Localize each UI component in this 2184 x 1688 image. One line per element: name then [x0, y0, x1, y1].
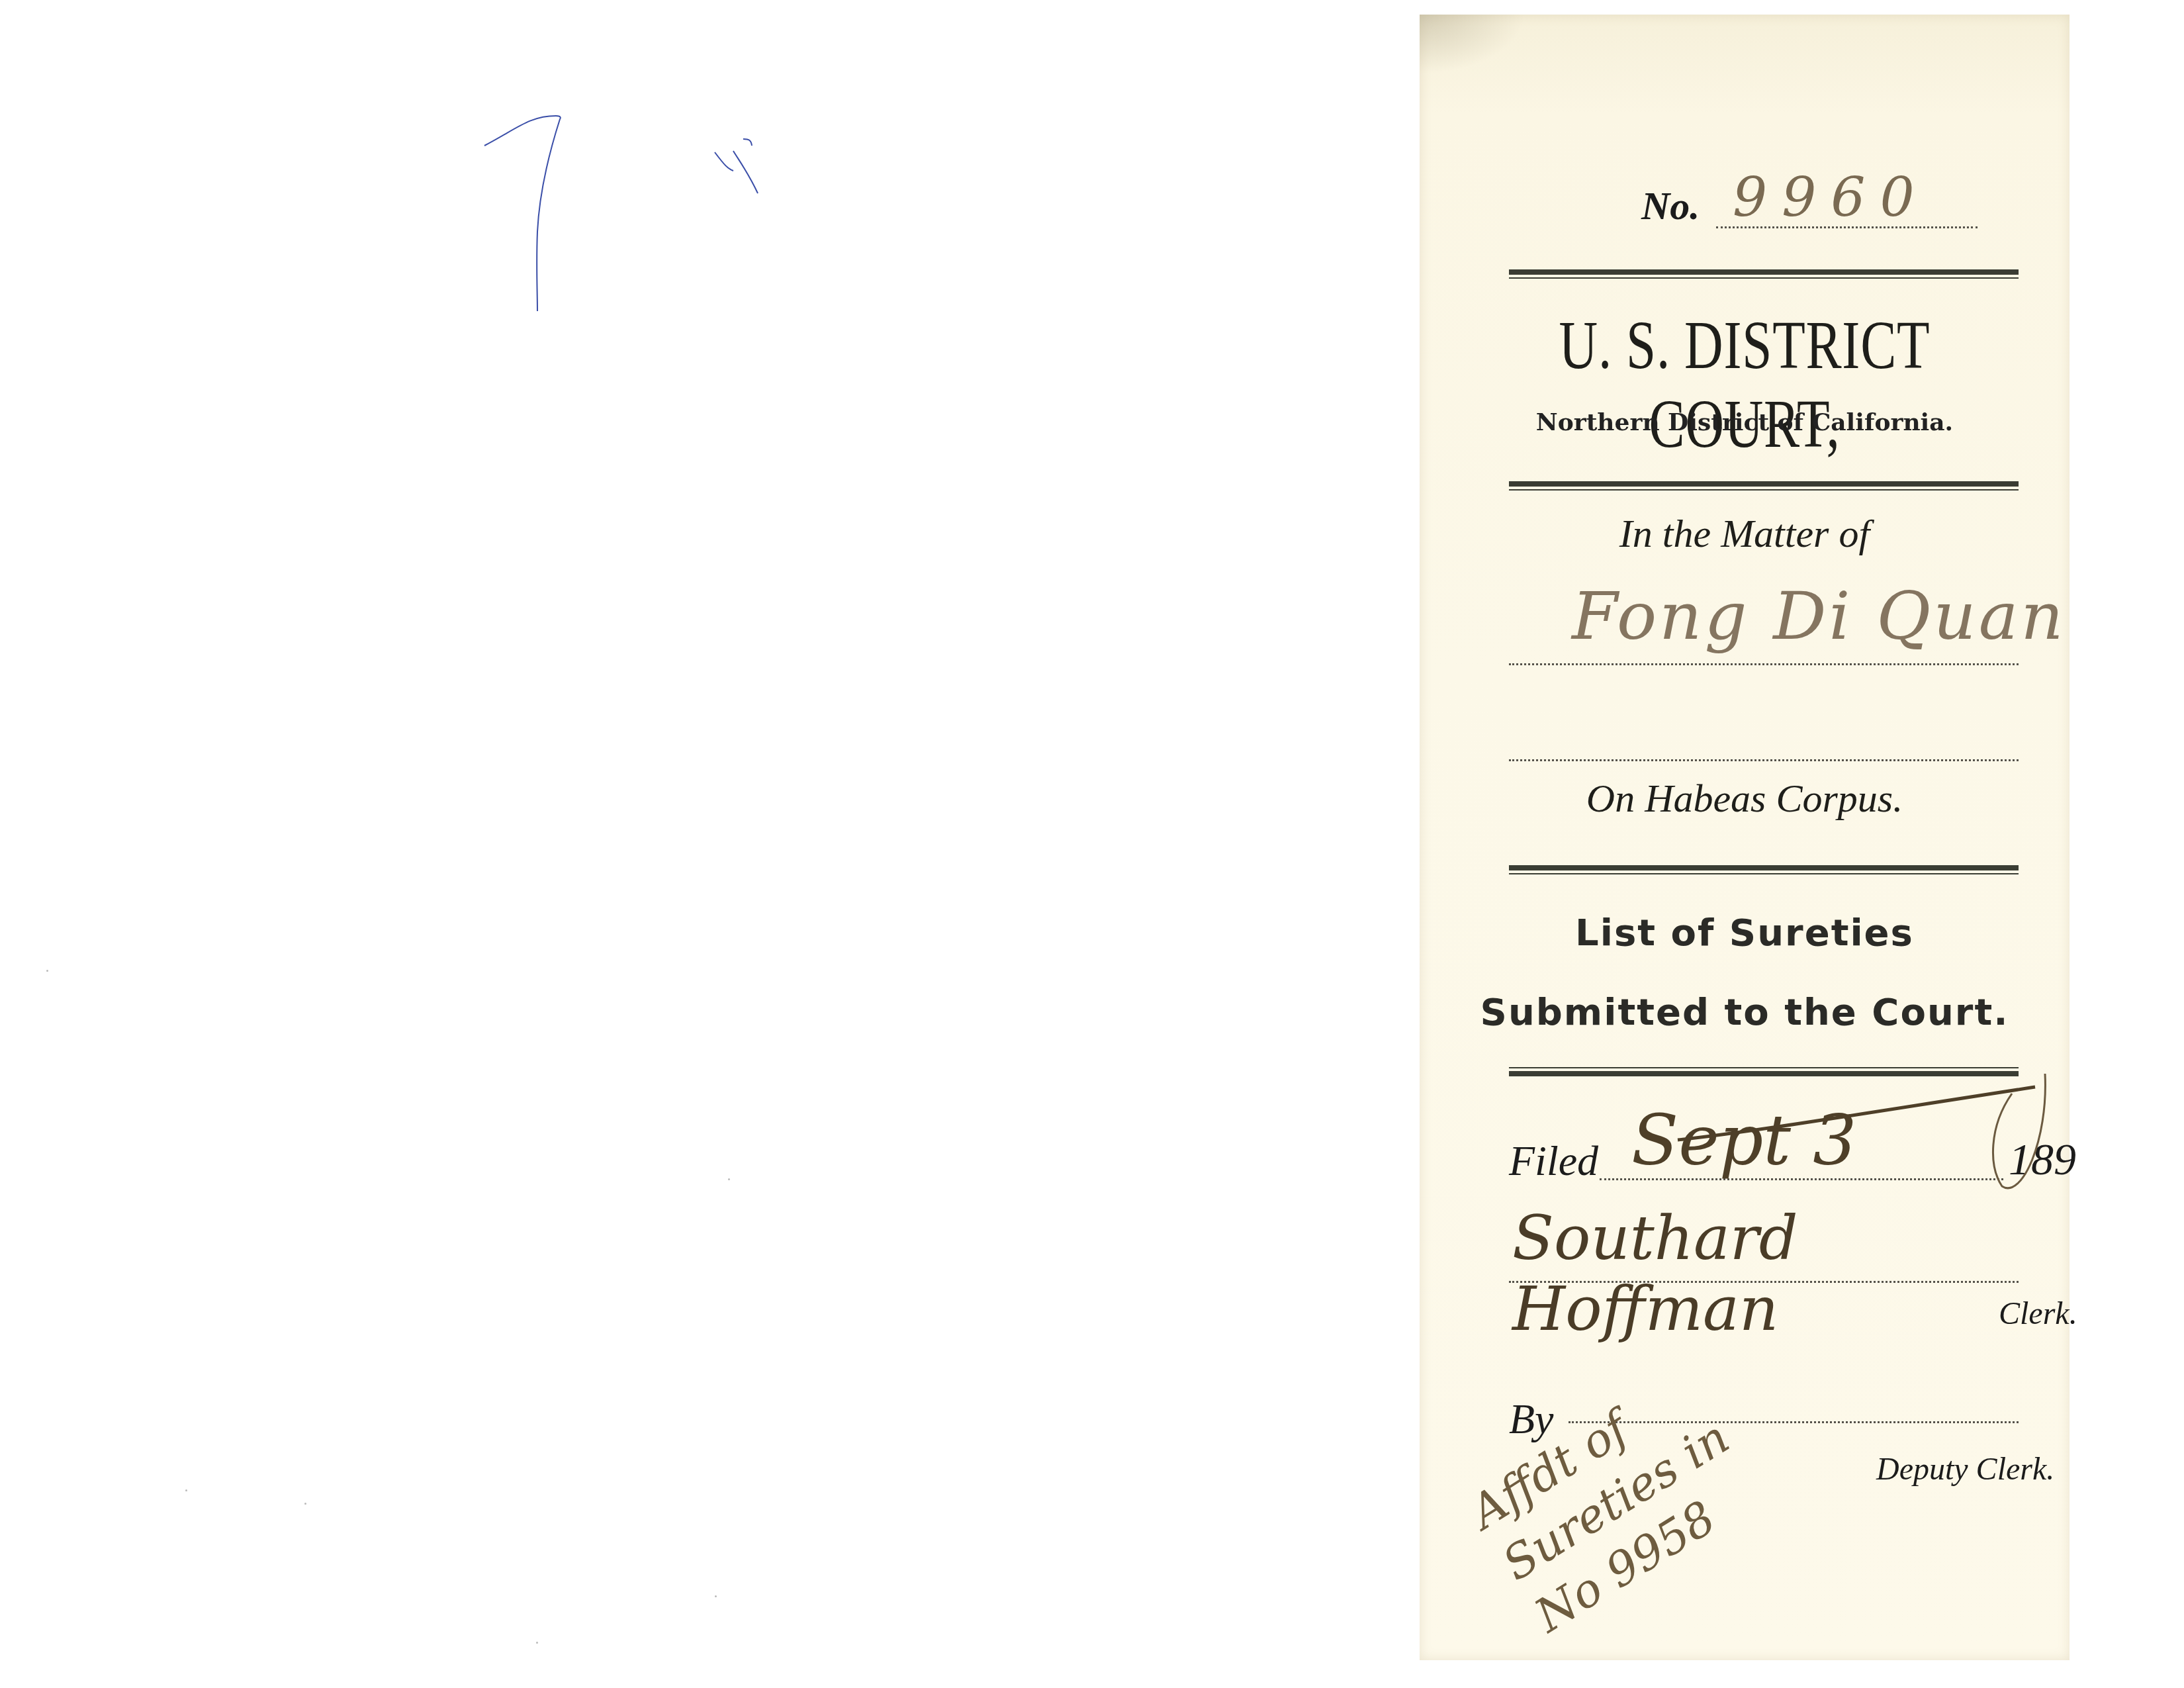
case-number-row: No.	[1641, 183, 1700, 229]
speck	[185, 1489, 187, 1491]
divider-rule	[1509, 269, 2019, 279]
speck	[728, 1178, 730, 1180]
docket-cover: No. 9960 U. S. DISTRICT COURT, Northern …	[1420, 15, 2070, 1660]
speck	[715, 1595, 717, 1597]
case-number-handwritten: 9960	[1733, 167, 1929, 230]
filed-date-handwritten: Sept 3	[1631, 1100, 1856, 1181]
divider-rule	[1509, 481, 2019, 491]
speck	[46, 970, 48, 972]
blank-left-page	[0, 0, 1420, 1688]
clerk-signature-line	[1509, 1281, 2019, 1283]
margin-note-handwritten: Affdt of Sureties in No 9958	[1459, 1356, 1772, 1646]
divider-rule	[1509, 1067, 2019, 1076]
deputy-clerk-label: Deputy Clerk.	[1876, 1451, 2054, 1487]
district-subtitle: Northern District of California.	[1420, 408, 2070, 436]
court-title: U. S. DISTRICT COURT,	[1491, 306, 1998, 463]
speck	[536, 1642, 538, 1644]
document-title-line2: Submitted to the Court.	[1420, 991, 2070, 1034]
matter-label: In the Matter of	[1420, 511, 2070, 557]
divider-rule	[1509, 865, 2019, 874]
petitioner-line-2	[1509, 759, 2019, 761]
clerk-signature-handwritten: Southard Hoffman	[1512, 1203, 2070, 1344]
petitioner-line	[1509, 663, 2019, 665]
document-title-line1: List of Sureties	[1420, 912, 2070, 955]
clerk-label: Clerk.	[1999, 1295, 2077, 1332]
filed-label: Filed	[1509, 1137, 1598, 1186]
speck	[304, 1503, 306, 1505]
proceeding-label: On Habeas Corpus.	[1420, 776, 2070, 821]
year-prefix: 189	[2009, 1133, 2076, 1186]
pencil-mark-icon	[463, 79, 860, 344]
petitioner-name-handwritten: Fong Di Quan	[1572, 577, 2066, 655]
number-label: No.	[1641, 184, 1700, 228]
